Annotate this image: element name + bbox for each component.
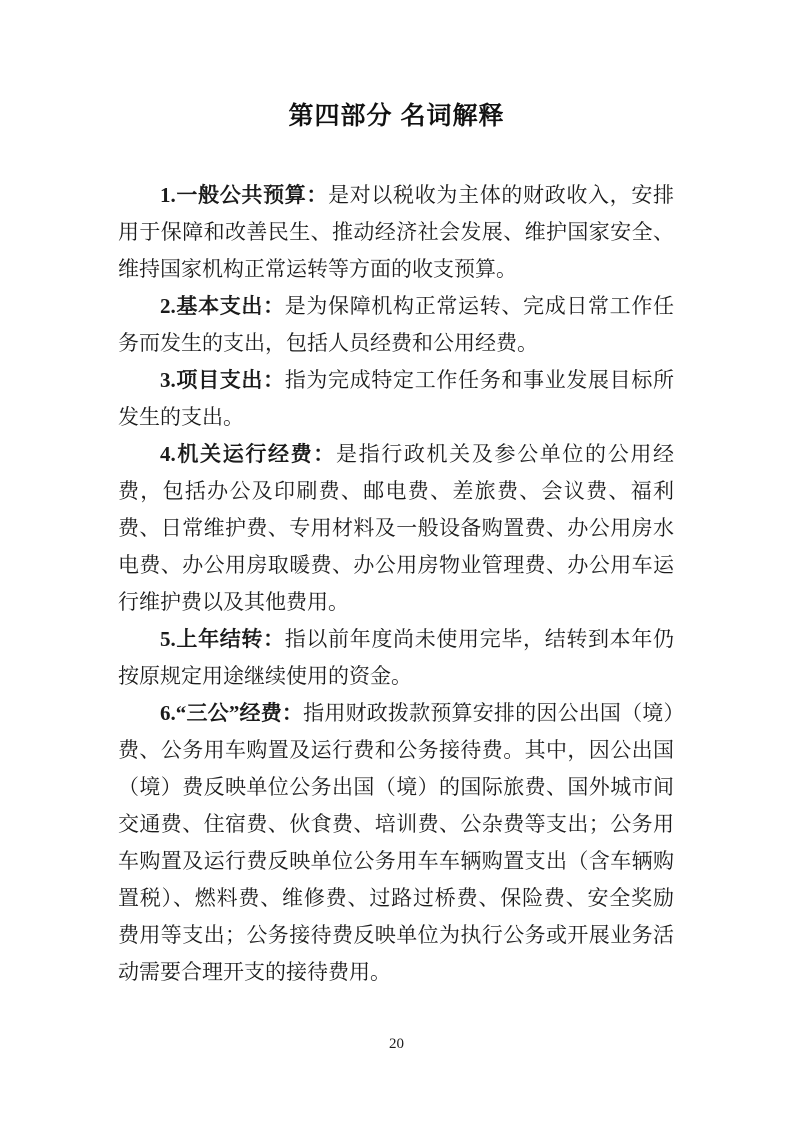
- definition-paragraph: 3.项目支出：指为完成特定工作任务和事业发展目标所发生的支出。: [118, 362, 674, 436]
- definition-text: 指用财政拨款预算安排的因公出国（境）费、公务用车购置及运行费和公务接待费。其中，…: [118, 701, 674, 984]
- definition-paragraph: 5.上年结转：指以前年度尚未使用完毕，结转到本年仍按原规定用途继续使用的资金。: [118, 621, 674, 695]
- definition-term: 1.一般公共预算：: [160, 183, 328, 207]
- document-body: 1.一般公共预算：是对以税收为主体的财政收入，安排用于保障和改善民生、推动经济社…: [118, 177, 674, 991]
- definition-paragraph: 2.基本支出：是为保障机构正常运转、完成日常工作任务而发生的支出，包括人员经费和…: [118, 288, 674, 362]
- definition-term: 5.上年结转：: [160, 627, 285, 651]
- definition-paragraph: 1.一般公共预算：是对以税收为主体的财政收入，安排用于保障和改善民生、推动经济社…: [118, 177, 674, 288]
- page-title: 第四部分 名词解释: [0, 96, 793, 132]
- definition-term: 4.机关运行经费：: [160, 442, 336, 466]
- definition-term: 6.“三公”经费：: [160, 701, 303, 725]
- definition-paragraph: 4.机关运行经费：是指行政机关及参公单位的公用经费，包括办公及印刷费、邮电费、差…: [118, 436, 674, 621]
- definition-term: 2.基本支出：: [160, 294, 285, 318]
- definition-text: 是指行政机关及参公单位的公用经费，包括办公及印刷费、邮电费、差旅费、会议费、福利…: [118, 442, 674, 614]
- document-page: 第四部分 名词解释 1.一般公共预算：是对以税收为主体的财政收入，安排用于保障和…: [0, 0, 793, 1122]
- definition-term: 3.项目支出：: [160, 368, 285, 392]
- page-number: 20: [0, 1036, 793, 1053]
- definition-paragraph: 6.“三公”经费：指用财政拨款预算安排的因公出国（境）费、公务用车购置及运行费和…: [118, 695, 674, 991]
